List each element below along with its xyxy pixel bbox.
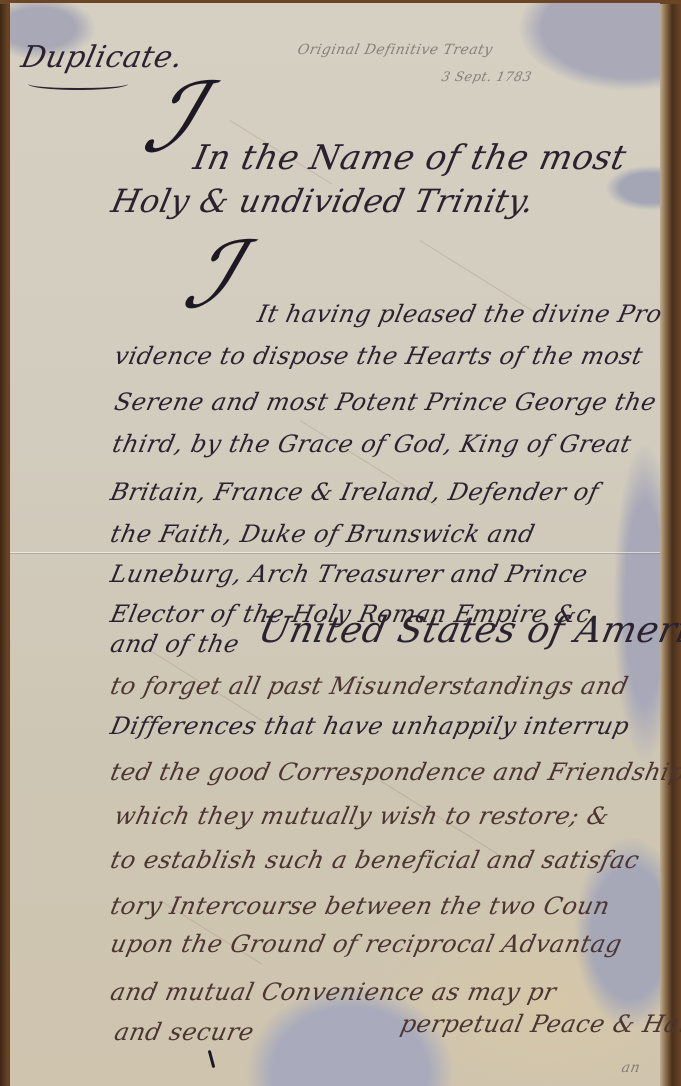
title-line-1: In the Name of the most (190, 138, 630, 178)
body-line: to forget all past Misunderstandings and (108, 672, 631, 700)
body-line: It having pleased the divine Pro (255, 300, 665, 328)
body-line: upon the Ground of reciprocal Advantag (108, 930, 625, 958)
body-line: ted the good Correspondence and Friendsh… (108, 758, 681, 786)
body-line-emphasized: United States of Ameri (255, 610, 681, 651)
body-line: to establish such a beneficial and satis… (108, 846, 642, 874)
body-line: vidence to dispose the Hearts of the mos… (112, 342, 646, 370)
archival-note-line1: Original Definitive Treaty (296, 42, 494, 58)
wooden-frame-right (659, 0, 681, 1086)
archival-note-line2: 3 Sept. 1783 (440, 70, 533, 85)
paper-fold-line (10, 552, 660, 553)
body-line: Differences that have unhappily interrup (108, 712, 632, 740)
body-line: tory Intercourse between the two Coun (108, 892, 613, 920)
duplicate-underline-flourish (28, 78, 128, 90)
catchword: an (620, 1060, 642, 1076)
title-line-2: Holy & undivided Trinity. (108, 182, 538, 220)
body-line: third, by the Grace of God, King of Grea… (110, 430, 634, 458)
duplicate-label: Duplicate. (18, 40, 186, 75)
body-line: Luneburg, Arch Treasurer and Prince (108, 560, 590, 588)
body-line: and mutual Convenience as may pr (108, 978, 559, 1006)
body-line: Britain, France & Ireland, Defender of (108, 478, 601, 506)
body-line: which they mutually wish to restore; & (112, 802, 612, 830)
body-line: perpetual Peace & Harmo (398, 1010, 681, 1038)
body-line: Serene and most Potent Prince George the (112, 388, 659, 416)
body-line: the Faith, Duke of Brunswick and (108, 520, 538, 548)
body-line: and of the (108, 630, 242, 658)
body-line: and secure (112, 1018, 257, 1046)
